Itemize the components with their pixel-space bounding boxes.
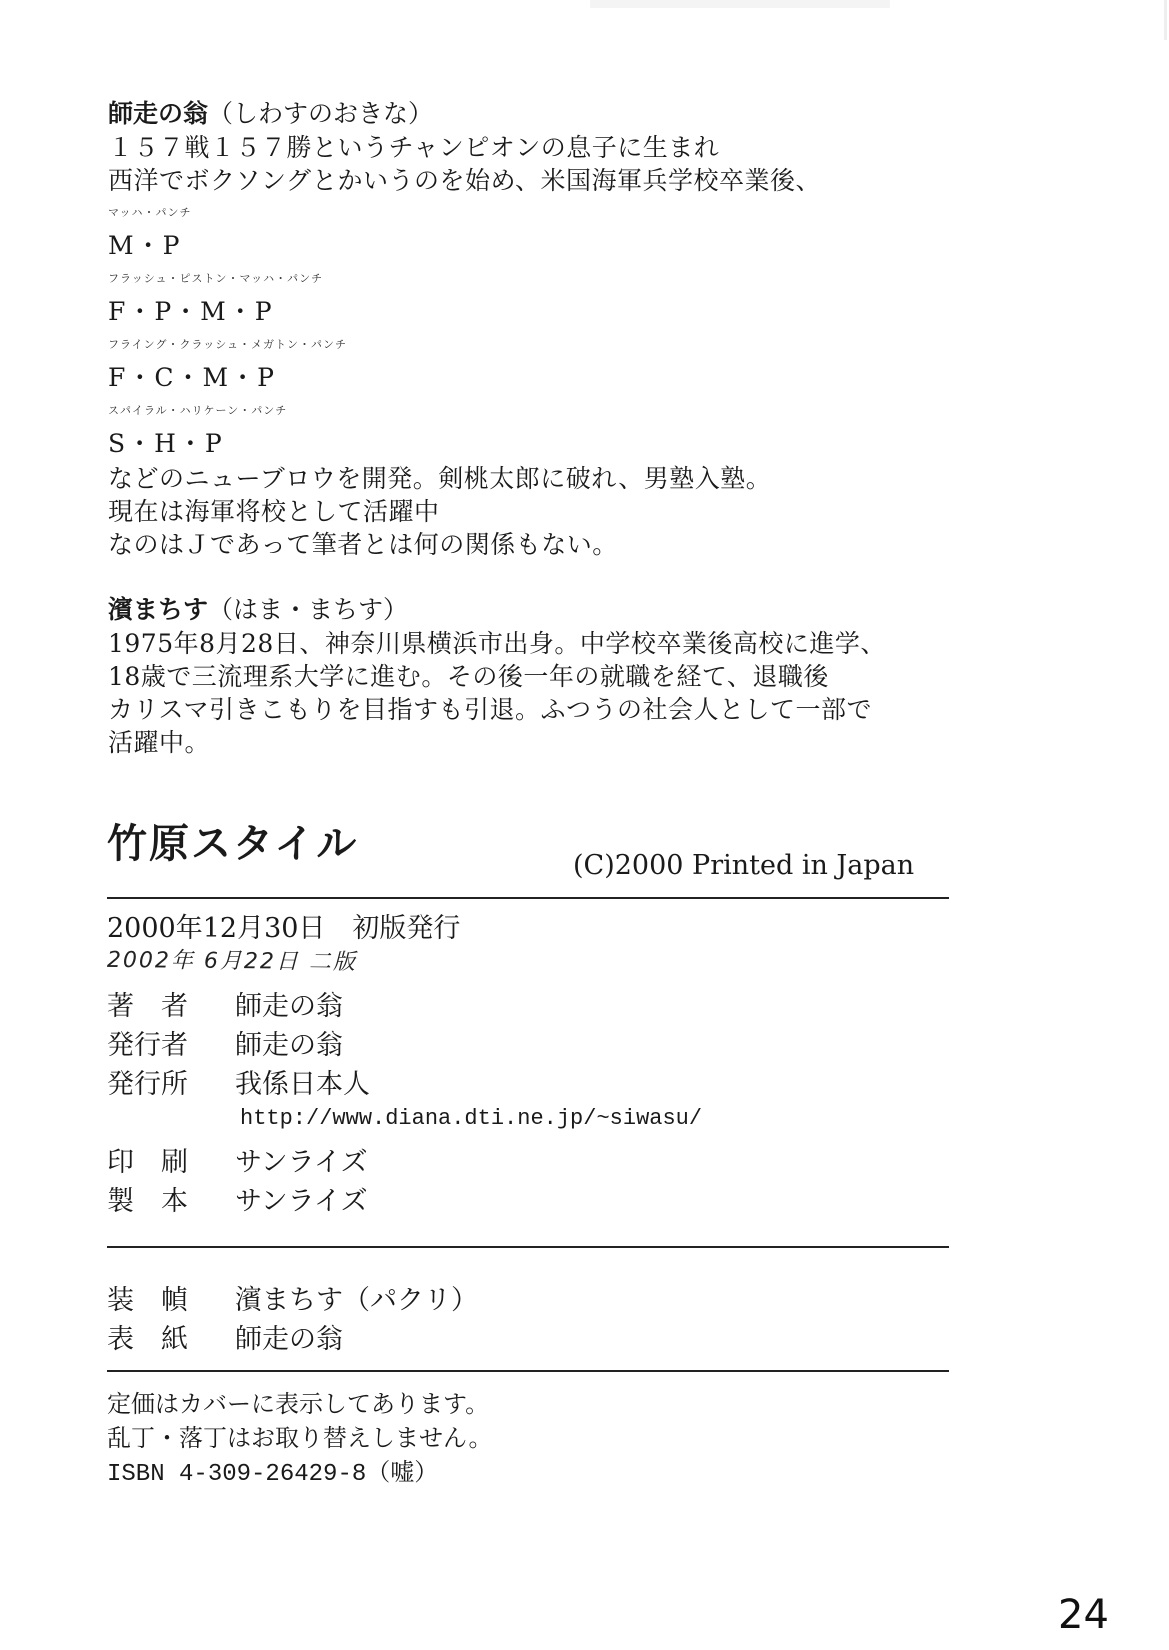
profile-line: 現在は海軍将校として活躍中 xyxy=(108,492,440,528)
book-title: 竹原スタイル xyxy=(107,812,358,869)
credit-label: 著 者 xyxy=(107,984,235,1023)
credit-value: 我係日本人 xyxy=(235,1062,370,1101)
credit-value: 師走の翁 xyxy=(235,1317,343,1356)
profile-line: 活躍中。 xyxy=(108,723,210,759)
technique-abbr: M・P xyxy=(108,226,181,262)
scan-edge-mark xyxy=(590,0,890,8)
profile-reading: （はま・まちす） xyxy=(208,595,408,624)
credit-cover: 表 紙師走の翁 xyxy=(107,1317,343,1356)
credit-label: 発行者 xyxy=(107,1023,235,1062)
credit-label: 装 幀 xyxy=(107,1278,235,1317)
scan-edge-mark xyxy=(1164,0,1167,40)
technique-ruby: フラッシュ・ピストン・マッハ・パンチ xyxy=(108,270,323,286)
copyright-line: (C)2000 Printed in Japan xyxy=(573,850,914,881)
credit-label: 製 本 xyxy=(107,1179,235,1218)
website-url: http://www.diana.dti.ne.jp/~siwasu/ xyxy=(240,1106,702,1131)
profile-heading-hama: 濱まちす（はま・まちす） xyxy=(108,590,408,626)
credit-value: 師走の翁 xyxy=(235,984,343,1023)
price-note: 定価はカバーに表示してあります。 xyxy=(107,1384,489,1419)
defect-note: 乱丁・落丁はお取り替えしません。 xyxy=(107,1418,492,1453)
credit-printing: 印 刷サンライズ xyxy=(107,1140,368,1179)
credit-value: 師走の翁 xyxy=(235,1023,343,1062)
profile-line: 西洋でボクソングとかいうのを始め、米国海軍兵学校卒業後、 xyxy=(108,161,821,197)
credit-label: 印 刷 xyxy=(107,1140,235,1179)
profile-name: 師走の翁 xyxy=(108,99,208,128)
technique-ruby: マッハ・パンチ xyxy=(108,204,192,220)
profile-line: 1975年8月28日、神奈川県横浜市出身。中学校卒業後高校に進学、 xyxy=(108,624,886,660)
profile-line: などのニューブロウを開発。剣桃太郎に破れ、男塾入塾。 xyxy=(108,459,771,495)
credit-publishing-house: 発行所我係日本人 xyxy=(107,1062,370,1101)
credit-value: サンライズ xyxy=(235,1179,368,1218)
credit-publisher: 発行者師走の翁 xyxy=(107,1023,343,1062)
profile-line: １５７戦１５７勝というチャンピオンの息子に生まれ xyxy=(108,128,719,164)
credit-design: 装 幀濱まちす（パクリ） xyxy=(107,1278,478,1317)
technique-abbr: S・H・P xyxy=(108,424,224,460)
divider-rule xyxy=(107,1370,949,1372)
profile-line: なのはＪであって筆者とは何の関係もない。 xyxy=(108,525,618,561)
profile-line: カリスマ引きこもりを目指すも引退。ふつうの社会人として一部で xyxy=(108,690,872,726)
technique-ruby: フライング・クラッシュ・メガトン・パンチ xyxy=(108,336,347,352)
profile-heading-shiwasu: 師走の翁（しわすのおきな） xyxy=(108,94,433,130)
isbn: ISBN 4-309-26429-8（嘘） xyxy=(107,1452,438,1488)
handwritten-second-edition-note: 2002年 6月22日 二版 xyxy=(107,943,357,976)
profile-line: 18歳で三流理系大学に進む。その後一年の就職を経て、退職後 xyxy=(108,657,829,693)
divider-rule xyxy=(107,1246,949,1248)
credit-binding: 製 本サンライズ xyxy=(107,1179,368,1218)
page-number: 24 xyxy=(1058,1592,1109,1638)
credit-value: サンライズ xyxy=(235,1140,368,1179)
profile-reading: （しわすのおきな） xyxy=(208,99,433,128)
credit-label: 発行所 xyxy=(107,1062,235,1101)
technique-abbr: F・P・M・P xyxy=(108,292,274,328)
credit-label: 表 紙 xyxy=(107,1317,235,1356)
technique-abbr: F・C・M・P xyxy=(108,358,276,394)
profile-name: 濱まちす xyxy=(108,595,208,624)
credit-value: 濱まちす（パクリ） xyxy=(235,1278,478,1317)
technique-ruby: スパイラル・ハリケーン・パンチ xyxy=(108,402,287,418)
credit-author: 著 者師走の翁 xyxy=(107,984,343,1023)
first-edition-date: 2000年12月30日 初版発行 xyxy=(107,906,460,945)
divider-rule xyxy=(107,897,949,899)
